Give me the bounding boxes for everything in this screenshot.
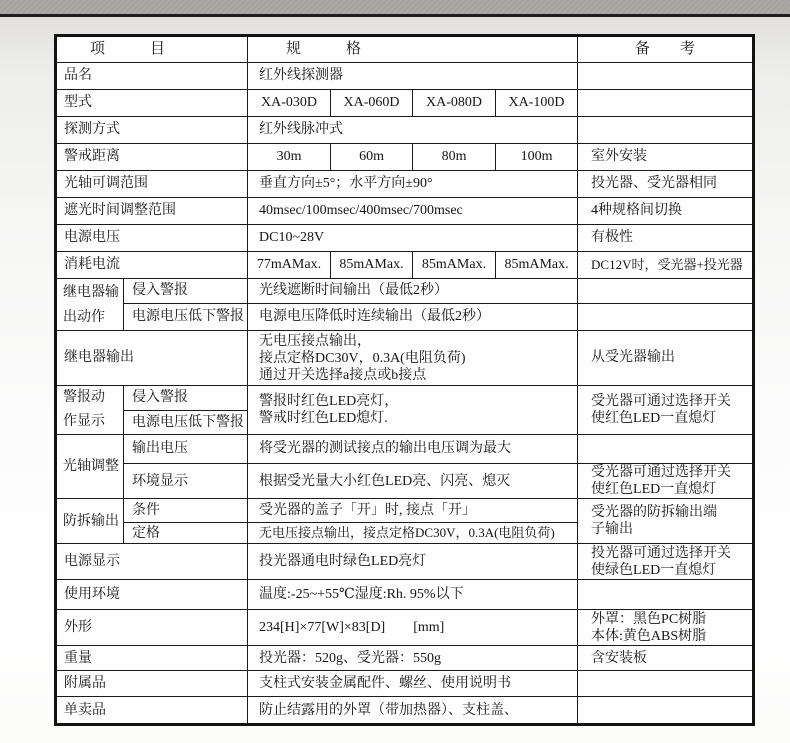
distance-cell: 80m (413, 144, 496, 171)
row-remark (578, 435, 754, 464)
distance-cell: 100m (496, 144, 578, 171)
row-remark: 受光器可通过选择开关 使红色LED一直熄灯 (578, 386, 754, 435)
distance-cell: 30m (248, 144, 331, 171)
col-header-spec: 规 格 (248, 36, 578, 63)
row-accessories: 附属品 支柱式安装金属配件、螺丝、使用说明书 (56, 671, 754, 697)
row-label: 重量 (56, 646, 248, 671)
model-cell: XA-030D (248, 90, 331, 117)
row-sub-label: 环境显示 (124, 464, 248, 499)
row-spec: 无电压接点输出， 接点定格DC30V，0.3A(电阻负荷) 通过开关选择a接点或… (248, 331, 578, 386)
row-remark: 受光器的防拆输出端 子输出 (578, 499, 754, 544)
row-sub-label: 侵入警报 (124, 386, 248, 411)
row-spec: 光线遮断时间输出（最低2秒） (248, 279, 578, 304)
row-sold-separately: 单卖品 防止结露用的外罩（带加热器）、支柱盖、 (56, 697, 754, 725)
row-sub-label: 电源电压低下警报 (124, 304, 248, 331)
row-spec: 红外线探测器 (248, 63, 578, 90)
row-remark: 投光器、受光器相同 (578, 171, 754, 198)
row-spec: 40msec/100msec/400msec/700msec (248, 198, 578, 225)
row-spec: 投光器：520g、受光器：550g (248, 646, 578, 671)
col-header-remark: 备 考 (578, 36, 754, 63)
row-sub-label: 条件 (124, 499, 248, 523)
row-remark: 含安装板 (578, 646, 754, 671)
row-optical-axis-range: 光轴可调范围 垂直方向±5°；水平方向±90° 投光器、受光器相同 (56, 171, 754, 198)
row-sub-label: 电源电压低下警报 (124, 410, 248, 435)
row-label: 附属品 (56, 671, 248, 697)
distance-cell: 60m (331, 144, 413, 171)
row-sub-label: 侵入警报 (124, 279, 248, 304)
row-optical-axis-adjust-voltage: 光轴调整 输出电压 将受光器的测试接点的输出电压调为最大 (56, 435, 754, 464)
row-power-voltage: 电源电压 DC10~28V 有极性 (56, 225, 754, 252)
row-label: 电源显示 (56, 544, 248, 580)
row-label: 型式 (56, 90, 248, 117)
row-detection-method: 探测方式 红外线脉冲式 (56, 117, 754, 144)
row-power-display: 电源显示 投光器通电时绿色LED亮灯 投光器可通过选择开关 使绿色LED一直熄灯 (56, 544, 754, 580)
row-spec: 投光器通电时绿色LED亮灯 (248, 544, 578, 580)
row-product-name: 品名 红外线探测器 (56, 63, 754, 90)
row-label: 遮光时间调整范围 (56, 198, 248, 225)
row-spec: 234[H]×77[W]×83[D] [mm] (248, 610, 578, 646)
row-remark (578, 63, 754, 90)
row-shading-time-range: 遮光时间调整范围 40msec/100msec/400msec/700msec … (56, 198, 754, 225)
row-spec: 支柱式安装金属配件、螺丝、使用说明书 (248, 671, 578, 697)
row-current-consumption: 消耗电流 77mAMax. 85mAMax. 85mAMax. 85mAMax.… (56, 252, 754, 279)
row-label: 外形 (56, 610, 248, 646)
row-sub-label: 输出电压 (124, 435, 248, 464)
current-cell: 85mAMax. (331, 252, 413, 279)
row-label: 消耗电流 (56, 252, 248, 279)
row-label: 探测方式 (56, 117, 248, 144)
row-label: 继电器输出 (56, 331, 248, 386)
row-optical-axis-adjust-environment: 环境显示 根据受光量大小红色LED亮、闪亮、熄灭 受光器可通过选择开关 使红色L… (56, 464, 754, 499)
model-cell: XA-060D (331, 90, 413, 117)
scanned-spec-sheet: 项 目 规 格 备 考 品名 红外线探测器 型式 XA-030D XA-060D… (0, 0, 790, 743)
row-label: 品名 (56, 63, 248, 90)
row-weight: 重量 投光器：520g、受光器：550g 含安装板 (56, 646, 754, 671)
row-spec: 将受光器的测试接点的输出电压调为最大 (248, 435, 578, 464)
row-sub-label: 定格 (124, 523, 248, 544)
row-relay-output-action-intrusion: 继电器输 出动作 侵入警报 光线遮断时间输出（最低2秒） (56, 279, 754, 304)
row-remark: 外罩：黑色PC树脂 本体:黄色ABS树脂 (578, 610, 754, 646)
row-label: 警戒距离 (56, 144, 248, 171)
row-spec: 受光器的盖子「开」时, 接点「开」 (248, 499, 578, 523)
row-remark: 受光器可通过选择开关 使红色LED一直熄灯 (578, 464, 754, 499)
row-remark (578, 580, 754, 610)
current-cell: 77mAMax. (248, 252, 331, 279)
row-warning-distance: 警戒距离 30m 60m 80m 100m 室外安装 (56, 144, 754, 171)
row-remark (578, 697, 754, 725)
row-spec: 红外线脉冲式 (248, 117, 578, 144)
row-label: 电源电压 (56, 225, 248, 252)
row-model: 型式 XA-030D XA-060D XA-080D XA-100D (56, 90, 754, 117)
row-remark: DC12V时，受光器+投光器 (578, 252, 754, 279)
row-remark (578, 671, 754, 697)
row-group-label: 光轴调整 (56, 435, 124, 499)
row-spec: 防止结露用的外罩（带加热器）、支柱盖、 (248, 697, 578, 725)
row-tamper-output-condition: 防拆输出 条件 受光器的盖子「开」时, 接点「开」 受光器的防拆输出端 子输出 (56, 499, 754, 523)
row-remark (578, 279, 754, 304)
row-spec: DC10~28V (248, 225, 578, 252)
col-header-item: 项 目 (56, 36, 248, 63)
row-header: 项 目 规 格 备 考 (56, 36, 754, 63)
current-cell: 85mAMax. (496, 252, 578, 279)
row-remark: 从受光器输出 (578, 331, 754, 386)
row-spec: 无电压接点输出，接点定格DC30V，0.3A(电阻负荷) (248, 523, 578, 544)
row-remark (578, 90, 754, 117)
row-remark (578, 304, 754, 331)
row-remark: 室外安装 (578, 144, 754, 171)
row-remark: 投光器可通过选择开关 使绿色LED一直熄灯 (578, 544, 754, 580)
row-relay-output: 继电器输出 无电压接点输出， 接点定格DC30V，0.3A(电阻负荷) 通过开关… (56, 331, 754, 386)
row-group-label: 警报动 作显示 (56, 386, 124, 435)
row-spec: 垂直方向±5°；水平方向±90° (248, 171, 578, 198)
row-spec: 根据受光量大小红色LED亮、闪亮、熄灭 (248, 464, 578, 499)
row-spec: 电源电压降低时连续输出（最低2秒） (248, 304, 578, 331)
row-spec: 温度:-25~+55℃湿度:Rh. 95%以下 (248, 580, 578, 610)
spec-table: 项 目 规 格 备 考 品名 红外线探测器 型式 XA-030D XA-060D… (54, 34, 755, 726)
row-group-label: 防拆输出 (56, 499, 124, 544)
row-remark (578, 117, 754, 144)
row-label: 单卖品 (56, 697, 248, 725)
scan-top-band (0, 0, 790, 17)
model-cell: XA-100D (496, 90, 578, 117)
current-cell: 85mAMax. (413, 252, 496, 279)
row-label: 光轴可调范围 (56, 171, 248, 198)
row-remark: 4种规格间切换 (578, 198, 754, 225)
row-spec: 警报时红色LED亮灯， 警戒时红色LED熄灯. (248, 386, 578, 435)
row-label: 使用环境 (56, 580, 248, 610)
row-operating-environment: 使用环境 温度:-25~+55℃湿度:Rh. 95%以下 (56, 580, 754, 610)
row-relay-output-action-lowvolt: 电源电压低下警报 电源电压降低时连续输出（最低2秒） (56, 304, 754, 331)
model-cell: XA-080D (413, 90, 496, 117)
row-alarm-action-display-intrusion: 警报动 作显示 侵入警报 警报时红色LED亮灯， 警戒时红色LED熄灯. 受光器… (56, 386, 754, 411)
row-remark: 有极性 (578, 225, 754, 252)
row-dimensions: 外形 234[H]×77[W]×83[D] [mm] 外罩：黑色PC树脂 本体:… (56, 610, 754, 646)
row-group-label: 继电器输 出动作 (56, 279, 124, 331)
